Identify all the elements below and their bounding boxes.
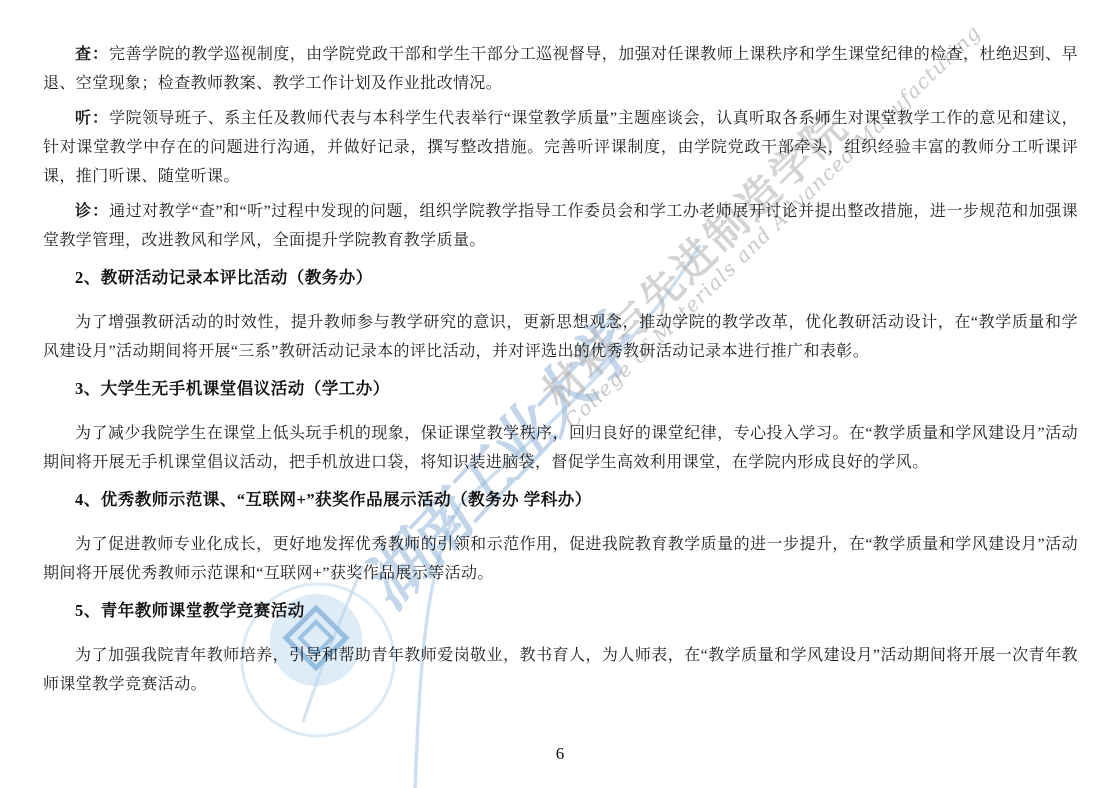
paragraph-lead: 诊： xyxy=(75,203,109,220)
document-body: 查：完善学院的教学巡视制度，由学院党政干部和学生干部分工巡视督导，加强对任课教师… xyxy=(43,40,1078,705)
page-number: 6 xyxy=(0,744,1120,764)
document-page: { "doc": { "page_number": "6", "sections… xyxy=(0,0,1120,788)
paragraph-text: 学院领导班子、系主任及教师代表与本科学生代表举行“课堂教学质量”主题座谈会，认真… xyxy=(43,110,1078,185)
paragraph-section-5: 为了加强我院青年教师培养，引导和帮助青年教师爱岗敬业，教书育人，为人师表，在“教… xyxy=(43,641,1078,699)
paragraph-lead: 查： xyxy=(75,46,109,63)
section-heading-5: 5、青年教师课堂教学竞赛活动 xyxy=(43,596,1078,625)
paragraph-lead: 听： xyxy=(75,110,109,127)
paragraph-section-4: 为了促进教师专业化成长，更好地发挥优秀教师的引领和示范作用，促进我院教育教学质量… xyxy=(43,530,1078,588)
paragraph-section-2: 为了增强教研活动的时效性，提升教师参与教学研究的意识，更新思想观念，推动学院的教… xyxy=(43,308,1078,366)
paragraph-diagnose: 诊：通过对教学“查”和“听”过程中发现的问题，组织学院教学指导工作委员会和学工办… xyxy=(43,197,1078,255)
section-heading-4: 4、优秀教师示范课、“互联网+”获奖作品展示活动（教务办 学科办） xyxy=(43,485,1078,514)
paragraph-section-3: 为了减少我院学生在课堂上低头玩手机的现象，保证课堂教学秩序，回归良好的课堂纪律，… xyxy=(43,419,1078,477)
section-heading-2: 2、教研活动记录本评比活动（教务办） xyxy=(43,263,1078,292)
paragraph-check: 查：完善学院的教学巡视制度，由学院党政干部和学生干部分工巡视督导，加强对任课教师… xyxy=(43,40,1078,98)
section-heading-3: 3、大学生无手机课堂倡议活动（学工办） xyxy=(43,374,1078,403)
paragraph-listen: 听：学院领导班子、系主任及教师代表与本科学生代表举行“课堂教学质量”主题座谈会，… xyxy=(43,104,1078,191)
paragraph-text: 完善学院的教学巡视制度，由学院党政干部和学生干部分工巡视督导，加强对任课教师上课… xyxy=(43,46,1078,92)
paragraph-text: 通过对教学“查”和“听”过程中发现的问题，组织学院教学指导工作委员会和学工办老师… xyxy=(43,203,1078,249)
